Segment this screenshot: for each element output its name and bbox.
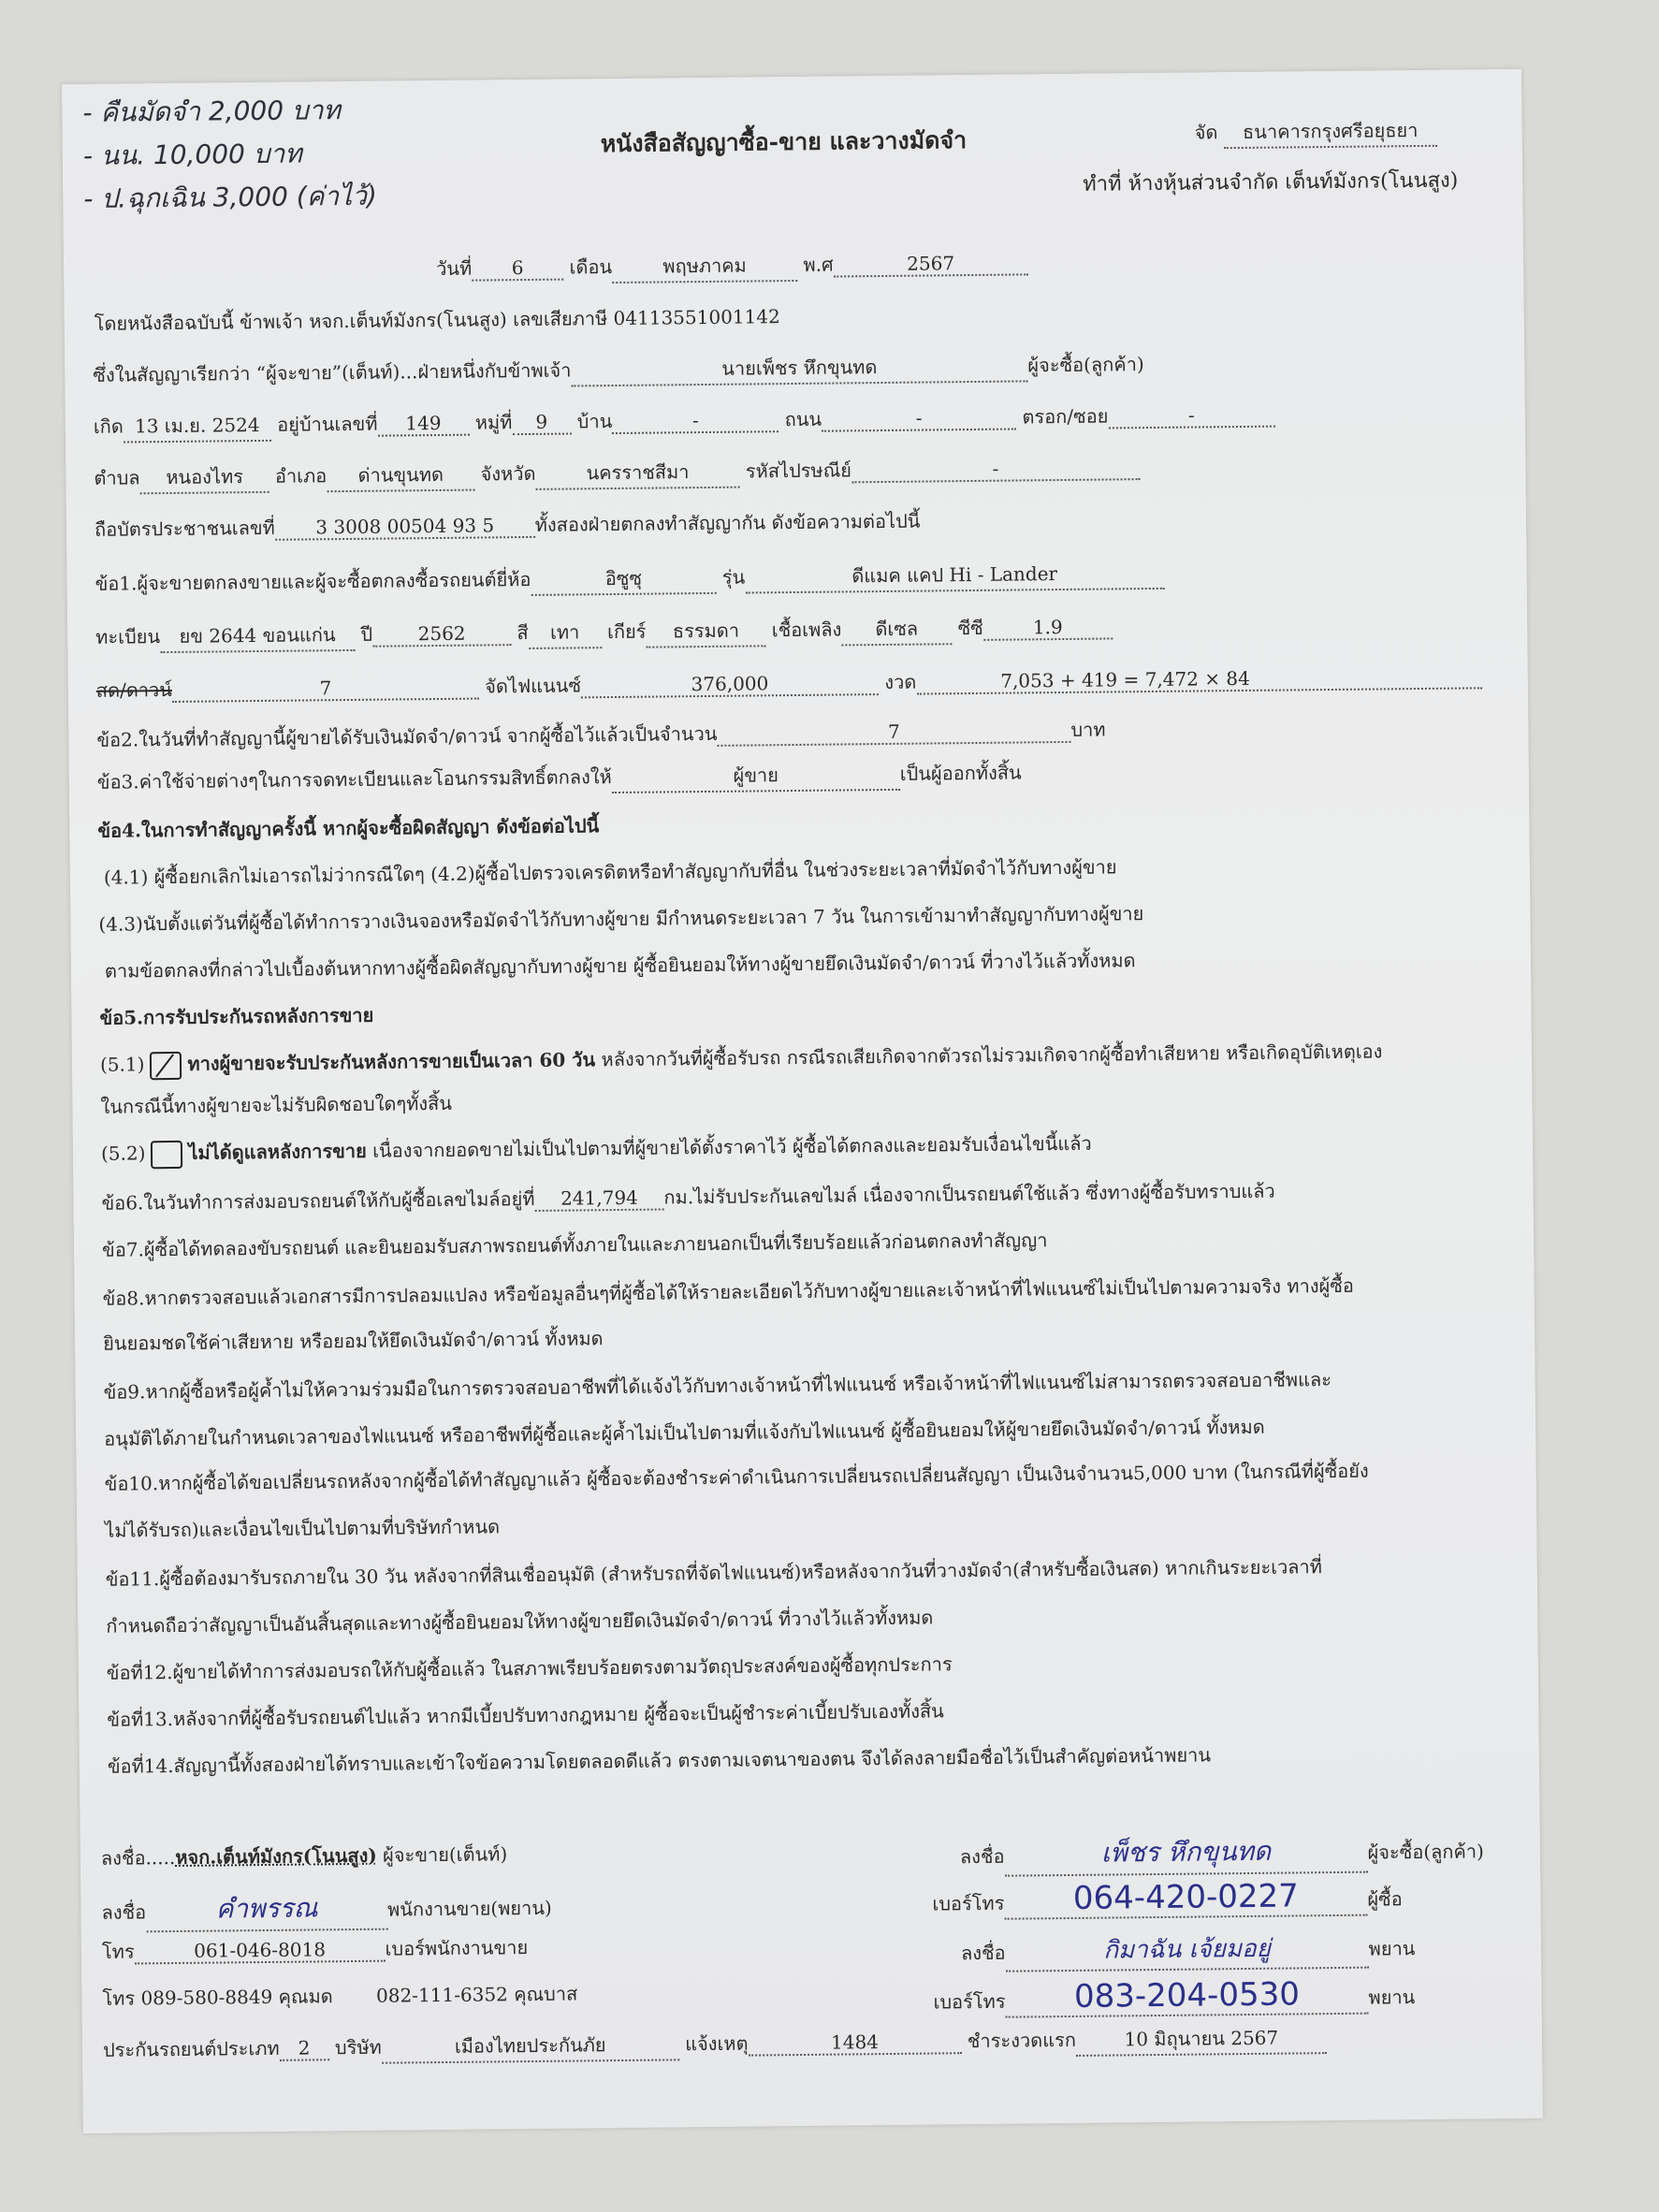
handwritten-notes: - คืนมัดจำ 2,000 บาท - นน. 10,000 บาท - … — [82, 89, 377, 221]
warranty-60-days-checkbox[interactable] — [150, 1051, 182, 1079]
clause-9a: ข้อ9.หากผู้ซื้อหรือผู้ค้ำไม่ให้ความร่วมม… — [104, 1364, 1332, 1407]
vehicle-year: 2562 — [372, 621, 511, 648]
clause-14: ข้อที่14.สัญญานี้ทั้งสองฝ่ายได้ทราบและเข… — [108, 1739, 1211, 1781]
clause-4-title: ข้อ4.ในการทำสัญญาครั้งนี้ หากผู้จะซื้อผิ… — [97, 810, 599, 846]
seller-name: หจก.เต็นท์มังกร(โนนสูง) — [175, 1844, 377, 1869]
note-3: - ป.ฉุกเฉิน 3,000 (ค่าไว้) — [83, 175, 377, 221]
clause-5-title: ข้อ5.การรับประกันรถหลังการขาย — [99, 1000, 373, 1033]
document-title: หนังสือสัญญาซื้อ-ขาย และวางมัดจำ — [601, 122, 968, 163]
staff-sign-line: ลงชื่อคำพรรณพนักงานขาย(พยาน) — [101, 1885, 552, 1933]
finance-amount: 376,000 — [581, 671, 879, 698]
clause-1: ข้อ1.ผู้จะขายตกลงขายและผู้จะซื้อตกลงซื้อ… — [95, 558, 1164, 601]
extra-phone-2: 082-111-6352 คุณบาส — [376, 1983, 577, 2007]
province: นครราชสีมา — [535, 457, 739, 490]
buyer-phone-line: เบอร์โทร064-420-0227ผู้ซื้อ — [932, 1876, 1403, 1920]
witness-signature: กิมาฉัน เจ้ยมอยู่ — [1005, 1928, 1368, 1972]
vehicle-fuel: ดีเซล — [841, 613, 952, 646]
contract-paper: - คืนมัดจำ 2,000 บาท - นน. 10,000 บาท - … — [62, 69, 1543, 2133]
down-payment: 7 — [172, 676, 479, 703]
extra-phone-1: โทร 089-580-8849 คุณมด — [102, 1985, 332, 2010]
installment: 7,053 + 419 = 7,472 × 84 — [916, 664, 1481, 694]
date-line: วันที่6 เดือนพฤษภาคม พ.ศ2567 — [436, 247, 1028, 285]
finance-company: จัด ธนาคารกรุงศรีอยุธยา — [1194, 115, 1436, 150]
clause-4-1: (4.1) ผู้ซื้อยกเลิกไม่เอารถไม่ว่ากรณีใดๆ… — [104, 851, 1117, 892]
mileage: 241,794 — [534, 1186, 663, 1211]
postcode: - — [851, 456, 1140, 483]
witness-phone: 083-204-0530 — [1005, 1975, 1368, 2018]
fee-payer: ผู้ขาย — [612, 759, 900, 793]
clause-12: ข้อที่12.ผู้ขายได้ทำการส่งมอบรถให้กับผู้… — [107, 1649, 953, 1687]
id-card-number: 3 3008 00504 93 5 — [275, 514, 535, 541]
intro-line-1: โดยหนังสือฉบับนี้ ข้าพเจ้า หจก.เต็นท์มัง… — [95, 301, 780, 339]
insurance-type: 2 — [279, 2036, 328, 2061]
vehicle-cc: 1.9 — [983, 615, 1113, 640]
clause-7: ข้อ7.ผู้ซื้อได้ทดลองขับรถยนต์ และยินยอมร… — [102, 1225, 1048, 1265]
clause-10b: ไม่ได้รับรถ)และเงื่อนไขเป็นไปตามที่บริษั… — [105, 1511, 500, 1545]
soi: - — [1108, 403, 1274, 429]
road: - — [822, 406, 1016, 432]
clause-11b: กำหนดถือว่าสัญญาเป็นอันสิ้นสุดและทางผู้ซ… — [106, 1603, 933, 1641]
clause-6: ข้อ6.ในวันทำการส่งมอบรถยนต์ให้กับผู้ซื้อ… — [101, 1176, 1274, 1218]
house-number: 149 — [377, 412, 469, 437]
made-at: ทำที่ ห้างหุ้นส่วนจำกัด เต็นท์มังกร(โนนส… — [1083, 164, 1458, 200]
plate-number: ยข 2644 ขอนแก่น — [160, 619, 355, 653]
buyer-signature: เพ็ชร หึกขุนทด — [1004, 1830, 1367, 1877]
clause-5-2: (5.2)ไม่ได้ดูแลหลังการขาย เนื่องจากยอดขา… — [101, 1128, 1092, 1170]
extra-phones: โทร 089-580-8849 คุณมด 082-111-6352 คุณบ… — [102, 1979, 577, 2014]
note-1: - คืนมัดจำ 2,000 บาท — [82, 89, 376, 135]
clause-10a: ข้อ10.หากผู้ซื้อได้ขอเปลี่ยนรถหลังจากผู้… — [105, 1456, 1369, 1499]
buyer-sign-line: ลงชื่อเพ็ชร หึกขุนทดผู้จะซื้อ(ลูกค้า) — [960, 1828, 1484, 1877]
clause-5-1: (5.1)ทางผู้ขายจะรับประกันหลังการขายเป็นเ… — [100, 1036, 1383, 1080]
witness-sign-line: ลงชื่อกิมาฉัน เจ้ยมอยู่พยาน — [961, 1928, 1416, 1972]
vehicle-gear: ธรรมดา — [646, 615, 765, 648]
clause-8a: ข้อ8.หากตรวจสอบแล้วเอกสารมีการปลอมแปลง ห… — [102, 1271, 1354, 1314]
staff-phone: 061-046-8018 — [134, 1938, 385, 1965]
date-month: พฤษภาคม — [612, 250, 797, 284]
vehicle-brand: อิซูซุ — [531, 562, 716, 596]
clause-4-3a: (4.3)นับตั้งแต่วันที่ผู้ซื้อได้ทำการวางเ… — [98, 898, 1143, 939]
clause-9b: อนุมัติได้ภายในกำหนดเวลาของไฟแนนซ์ หรืออ… — [104, 1412, 1265, 1454]
clause-8b: ยินยอมชดใช้ค่าเสียหาย หรือยอมให้ยึดเงินม… — [103, 1323, 604, 1359]
deposit-amount: 7 — [717, 719, 1070, 747]
witness-phone-line: เบอร์โทร083-204-0530พยาน — [933, 1974, 1415, 2018]
birth-date: 13 เม.ย. 2524 — [124, 410, 271, 444]
tambon: หนองไทร — [139, 461, 269, 494]
clause-4-3b: ตามข้อตกลงที่กล่าวไปเบื้องต้นหากทางผู้ซื… — [105, 945, 1136, 986]
claim-number: 1484 — [748, 2030, 961, 2056]
clause-2: ข้อ2.ในวันที่ทำสัญญานี้ผู้ขายได้รับเงินม… — [96, 715, 1105, 755]
insurance-company: เมืองไทยประกันภัย — [382, 2029, 679, 2063]
no-aftersales-checkbox[interactable] — [151, 1140, 182, 1168]
clause-11a: ข้อ11.ผู้ซื้อต้องมารับรถภายใน 30 วัน หลั… — [106, 1551, 1322, 1594]
date-year: 2567 — [834, 251, 1028, 277]
payment-line: สด/ดาวน์7 จัดไฟแนนซ์376,000 งวด7,053 + 4… — [96, 661, 1482, 706]
clause-3: ข้อ3.ค่าใช้จ่ายต่างๆในการจดทะเบียนและโอน… — [97, 757, 1022, 798]
id-card-line: ถือบัตรประชาชนเลขที่3 3008 00504 93 5ทั้… — [95, 506, 921, 545]
date-day: 6 — [472, 256, 563, 282]
note-2: - นน. 10,000 บาท — [83, 132, 377, 178]
intro-line-2: ซึ่งในสัญญาเรียกว่า “ผู้จะขาย”(เต็นท์)..… — [93, 349, 1144, 392]
buyer-name: นายเพ็ชร หึกขุนทด — [571, 350, 1027, 386]
finance-company-value: ธนาคารกรุงศรีอยุธยา — [1224, 115, 1437, 149]
clause-13: ข้อที่13.หลังจากที่ผู้ซื้อรับรถยนต์ไปแล้… — [107, 1695, 944, 1734]
moo: 9 — [512, 410, 571, 435]
seller-sign-line: ลงชื่อ.....หจก.เต็นท์มังกร(โนนสูง) ผู้จะ… — [101, 1839, 508, 1873]
clause-5-1-cont: ในกรณีนี้ทางผู้ขายจะไม่รับผิดชอบใดๆทั้งส… — [100, 1088, 452, 1122]
staff-phone-line: โทร061-046-8018เบอร์พนักงานขาย — [102, 1932, 529, 1967]
buyer-location-line: ตำบลหนองไทร อำเภอด่านขุนทด จังหวัดนครราช… — [94, 452, 1140, 495]
vehicle-model: ดีแมค แคป Hi - Lander — [745, 558, 1164, 594]
buyer-phone: 064-420-0227 — [1004, 1877, 1367, 1920]
insurance-line: ประกันรถยนต์ประเภท2 บริษัทเมืองไทยประกัน… — [103, 2022, 1327, 2067]
amphoe: ด่านขุนทด — [327, 459, 474, 493]
buyer-address-line: เกิด13 เม.ย. 2524 อยู่บ้านเลขที่149 หมู่… — [94, 400, 1275, 444]
vehicle-detail-line: ทะเบียนยข 2644 ขอนแก่น ปี2562 สีเทา เกีย… — [95, 611, 1113, 653]
staff-signature: คำพรรณ — [146, 1887, 387, 1933]
first-payment-date: 10 มิถุนายน 2567 — [1076, 2022, 1327, 2057]
village: - — [612, 408, 779, 434]
vehicle-color: เทา — [529, 617, 602, 649]
